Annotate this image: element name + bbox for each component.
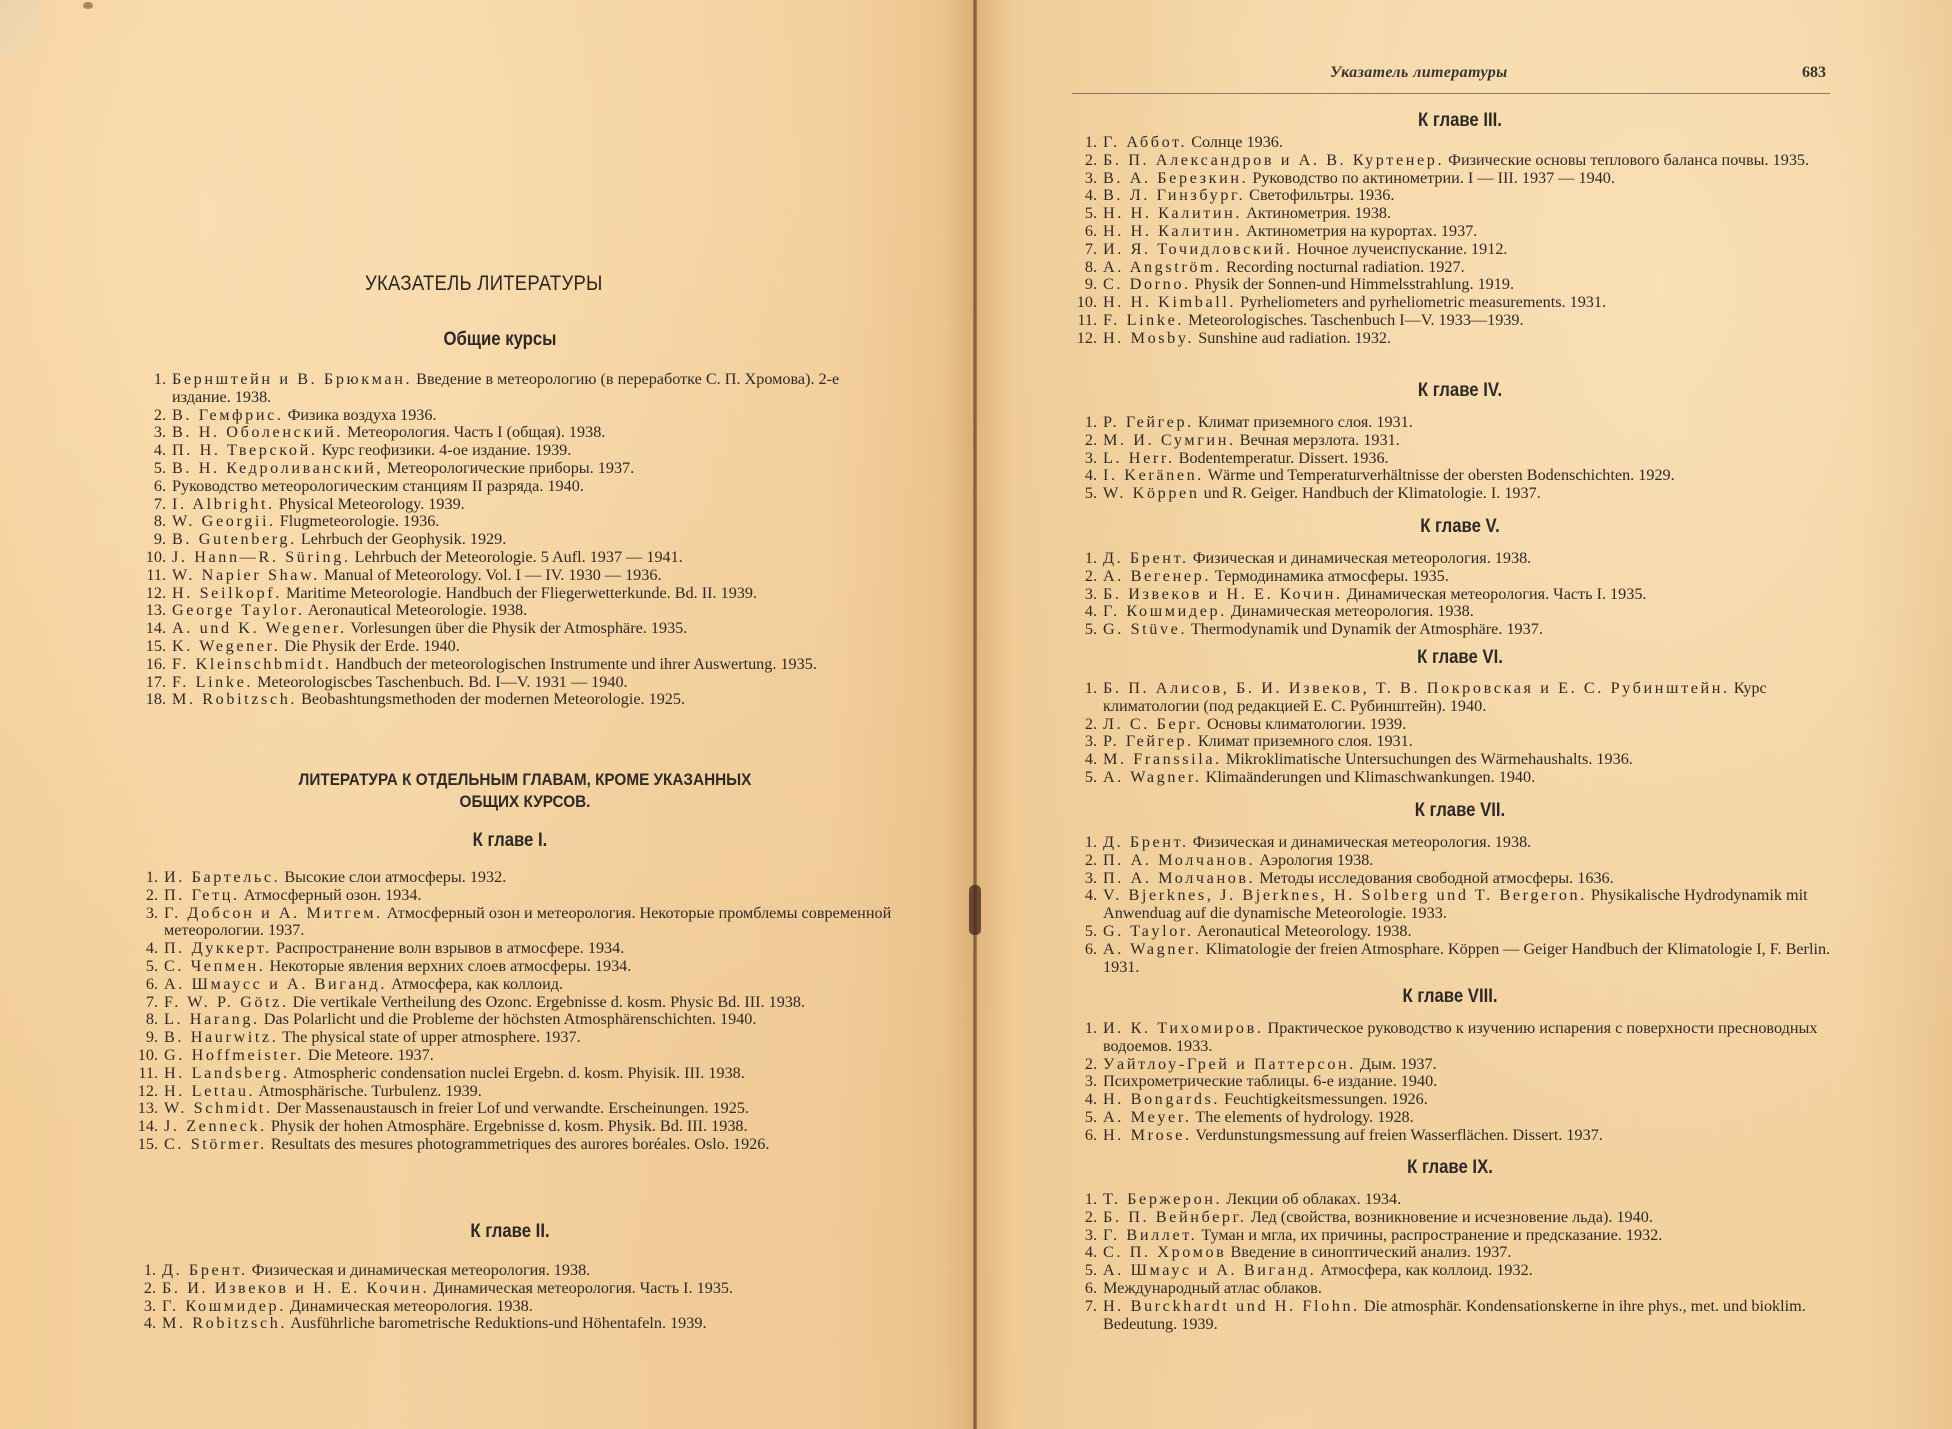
reference-item: 6.Н. Н. Калитин. Актинометрия на курорта… (1073, 223, 1833, 241)
reference-author: I. Albright. (172, 495, 275, 513)
reference-title: Ночное лучеиспускание. 1912. (1293, 240, 1508, 258)
reference-number: 16. (128, 656, 166, 674)
chapter9-references: 1.Т. Бержерон. Лекции об облаках. 1934.2… (1073, 1191, 1833, 1333)
header-rule (1072, 93, 1830, 94)
reference-item: 2.Л. С. Берг. Основы климатологии. 1939. (1073, 716, 1833, 734)
reference-title: Atmospheric condensation nuclei Ergebn. … (290, 1064, 745, 1082)
reference-number: 9. (120, 1029, 158, 1047)
reference-author: A. Meyer. (1103, 1108, 1192, 1126)
chapter6-references: 1.Б. П. Алисов, Б. И. Извеков, Т. В. Пок… (1073, 680, 1833, 787)
reference-list: 1.И. К. Тихомиров. Практическое руководс… (1073, 1020, 1833, 1145)
reference-title: The elements of hydrology. 1928. (1192, 1108, 1414, 1126)
reference-title: Manual of Meteorology. Vol. I — IV. 1930… (320, 566, 662, 584)
reference-item: 10.G. Hoffmeister. Die Meteore. 1937. (120, 1047, 892, 1065)
reference-item: 6.Руководство метеорологическим станциям… (128, 478, 893, 496)
reference-number: 12. (120, 1083, 158, 1101)
page-number: 683 (1802, 64, 1826, 82)
reference-item: 4.M. Franssila. Mikroklimatische Untersu… (1073, 751, 1833, 769)
reference-item: 1.Т. Бержерон. Лекции об облаках. 1934. (1073, 1191, 1833, 1209)
reference-item: 13.W. Schmidt. Der Massenaustausch in fr… (120, 1100, 892, 1118)
reference-title: Метеорология. Часть I (общая). 1938. (343, 423, 605, 441)
reference-number: 5. (1073, 205, 1097, 223)
reference-title: Das Polarlicht und die Probleme der höch… (260, 1010, 757, 1028)
reference-author: Б. П. Вейнберг. (1103, 1208, 1247, 1226)
reference-author: В. Л. Гинзбург. (1103, 186, 1245, 204)
reference-title: Психрометрические таблицы. 6-е издание. … (1103, 1072, 1437, 1090)
reference-author: И. К. Тихомиров. (1103, 1019, 1263, 1037)
reference-number: 7. (1073, 241, 1097, 259)
reference-author: М. И. Сумгин. (1103, 431, 1236, 449)
reference-number: 1. (1073, 414, 1097, 432)
reference-title: Die vertikale Vertheilung des Ozonc. Erg… (289, 993, 805, 1011)
reference-number: 7. (120, 994, 158, 1012)
reference-item: 1.И. К. Тихомиров. Практическое руководс… (1073, 1020, 1833, 1056)
reference-title: Flugmeteorologie. 1936. (276, 512, 440, 530)
reference-item: 4.I. Keränen. Wärme und Temperaturverhäl… (1073, 467, 1853, 485)
reference-title: Руководство по актинометрии. I — III. 19… (1248, 169, 1615, 187)
reference-author: V. Bjerknes, J. Bjerknes, H. Solberg und… (1103, 886, 1587, 904)
reference-title: Физическая и динамическая метеорология. … (248, 1261, 591, 1279)
reference-title: Recording nocturnal radiation. 1927. (1222, 258, 1465, 276)
reference-title: Maritime Meteorologie. Handbuch der Flie… (282, 584, 757, 602)
reference-title: Meteorologiscbes Taschenbuch. Bd. I—V. 1… (253, 673, 628, 691)
reference-item: 3.Р. Гейгер. Климат приземного слоя. 193… (1073, 733, 1833, 751)
reference-author: B. Gutenberg. (172, 530, 297, 548)
reference-author: А. Шмаусс и А. Виганд. (164, 975, 387, 993)
reference-author: Н. Н. Калитин. (1103, 222, 1242, 240)
reference-number: 1. (120, 869, 158, 887)
reference-title: Der Massenaustausch in freier Lof und ve… (273, 1099, 749, 1117)
reference-item: 6.H. Mrose. Verdunstungsmessung auf frei… (1073, 1127, 1833, 1145)
reference-author: A. Angström. (1103, 258, 1222, 276)
chapters-section-title: ЛИТЕРАТУРА К ОТДЕЛЬНЫМ ГЛАВАМ, КРОМЕ УКА… (255, 769, 795, 813)
reference-item: 5.А. Шмаус и А. Виганд. Атмосфера, как к… (1073, 1262, 1833, 1280)
reference-author: A. Wagner. (1103, 940, 1202, 958)
reference-author: Н. Н. Калитин. (1103, 204, 1242, 222)
page-title: УКАЗАТЕЛЬ ЛИТЕРАТУРЫ (365, 272, 603, 296)
reference-title: Thermodynamik und Dynamik der Atmosphäre… (1187, 620, 1543, 638)
reference-item: 13.George Taylor. Aeronautical Meteorolo… (128, 602, 893, 620)
reference-title: Физическая и динамическая метеорология. … (1189, 833, 1532, 851)
reference-number: 1. (1073, 1020, 1097, 1038)
reference-title: Распространение волн взрывов в атмосфере… (272, 939, 624, 957)
reference-item: 5.A. Meyer. The elements of hydrology. 1… (1073, 1109, 1833, 1127)
chapters-title-line1: ЛИТЕРАТУРА К ОТДЕЛЬНЫМ ГЛАВАМ, КРОМЕ УКА… (255, 769, 795, 791)
reference-item: 2.Б. П. Александров и А. В. Куртенер. Фи… (1073, 152, 1833, 170)
reference-title: Aeronautical Meteorologie. 1938. (305, 601, 528, 619)
reference-number: 14. (128, 620, 166, 638)
reference-title: Pyrheliometers and pyrheliometric measur… (1236, 293, 1606, 311)
reference-title: Атмосферный озон. 1934. (240, 886, 422, 904)
section-heading-ch5: К главе V. (1346, 516, 1575, 538)
section-heading-ch1: К главе I. (396, 830, 625, 852)
reference-author: A. Wagner. (1103, 768, 1202, 786)
reference-author: M. Robitzsch. (162, 1314, 287, 1332)
reference-list: 1.И. Бартельс. Высокие слои атмосферы. 1… (120, 869, 892, 1154)
chapter2-references: 1.Д. Брент. Физическая и динамическая ме… (118, 1262, 908, 1333)
reference-title: Курс геофизики. 4-ое издание. 1939. (318, 441, 572, 459)
reference-item: 7.I. Albright. Physical Meteorology. 193… (128, 496, 893, 514)
reference-item: 17.F. Linke. Meteorologiscbes Taschenbuc… (128, 674, 893, 692)
reference-title: Handbuch der meteorologischen Instrument… (331, 655, 817, 673)
reference-author: I. Keränen. (1103, 466, 1204, 484)
reference-item: 4.V. Bjerknes, J. Bjerknes, H. Solberg u… (1073, 887, 1833, 923)
reference-number: 2. (128, 407, 166, 425)
reference-item: 2.В. Гемфрис. Физика воздуха 1936. (128, 407, 893, 425)
reference-number: 3. (1073, 586, 1097, 604)
reference-list: 1.Бернштейн и В. Брюкман. Введение в мет… (128, 371, 893, 709)
reference-title: Введение в синоптический анализ. 1937. (1226, 1243, 1511, 1261)
section-heading-ch7: К главе VII. (1346, 800, 1575, 822)
reference-number: 5. (128, 460, 166, 478)
reference-title: Динамическая метеорология. 1938. (1227, 602, 1474, 620)
reference-item: 9.B. Gutenberg. Lehrbuch der Geophysik. … (128, 531, 893, 549)
reference-title: Динамическая метеорология. Часть I. 1935… (429, 1279, 733, 1297)
reference-title: Klimatologie der freien Atmosphare. Köpp… (1103, 940, 1830, 976)
section-heading-ch6: К главе VI. (1346, 647, 1575, 669)
reference-item: 1.И. Бартельс. Высокие слои атмосферы. 1… (120, 869, 892, 887)
reference-title: Физическая и динамическая метеорология. … (1189, 549, 1532, 567)
reference-item: 2.Б. П. Вейнберг. Лед (свойства, возникн… (1073, 1209, 1833, 1227)
reference-item: 4.M. Robitzsch. Ausführliche barometrisc… (118, 1315, 908, 1333)
reference-number: 9. (1073, 276, 1097, 294)
reference-list: 1.Т. Бержерон. Лекции об облаках. 1934.2… (1073, 1191, 1833, 1333)
reference-title: Вечная мерзлота. 1931. (1236, 431, 1400, 449)
reference-item: 9.C. Dorno. Physik der Sonnen-und Himmel… (1073, 276, 1833, 294)
reference-item: 15.C. Störmer. Resultats des mesures pho… (120, 1136, 892, 1154)
reference-number: 2. (118, 1280, 156, 1298)
reference-number: 10. (128, 549, 166, 567)
reference-item: 1.Д. Брент. Физическая и динамическая ме… (118, 1262, 908, 1280)
reference-item: 5.Н. Н. Калитин. Актинометрия. 1938. (1073, 205, 1833, 223)
reference-number: 4. (120, 940, 158, 958)
reference-author: L. Harang. (164, 1010, 260, 1028)
reference-author: G. Stüve. (1103, 620, 1187, 638)
reference-number: 9. (128, 531, 166, 549)
reference-number: 3. (1073, 450, 1097, 468)
reference-author: В. А. Березкин. (1103, 169, 1248, 187)
chapter1-references: 1.И. Бартельс. Высокие слои атмосферы. 1… (120, 869, 892, 1154)
reference-author: H. Burckhardt und H. Flohn. (1103, 1297, 1360, 1315)
reference-title: The physical state of upper atmosphere. … (278, 1028, 580, 1046)
reference-title: Wärme und Temperaturverhältnisse der obe… (1204, 466, 1675, 484)
reference-item: 1.Р. Гейгер. Климат приземного слоя. 193… (1073, 414, 1853, 432)
reference-number: 4. (1073, 467, 1097, 485)
reference-number: 5. (120, 958, 158, 976)
reference-item: 11.W. Napier Shaw. Manual of Meteorology… (128, 567, 893, 585)
reference-author: Г. Кошмидер. (162, 1297, 286, 1315)
chapter3-references: 1.Г. Аббот. Солнце 1936.2.Б. П. Александ… (1073, 134, 1833, 348)
reference-item: 3.Г. Кошмидер. Динамическая метеорология… (118, 1298, 908, 1316)
reference-author: G. Taylor. (1103, 922, 1194, 940)
reference-title: Aeronautical Meteorology. 1938. (1194, 922, 1412, 940)
chapter5-references: 1.Д. Брент. Физическая и динамическая ме… (1073, 550, 1853, 639)
reference-number: 2. (1073, 1209, 1097, 1227)
reference-title: Климат приземного слоя. 1931. (1194, 732, 1413, 750)
reference-number: 6. (1073, 223, 1097, 241)
reference-number: 6. (120, 976, 158, 994)
reference-number: 1. (1073, 680, 1097, 698)
reference-item: 2.Уайтлоу-Грей и Паттерсон. Дым. 1937. (1073, 1056, 1833, 1074)
reference-title: Die Meteore. 1937. (304, 1046, 434, 1064)
binding-tear (969, 885, 981, 935)
reference-item: 12.H. Lettau. Atmosphärische. Turbulenz.… (120, 1083, 892, 1101)
reference-title: Высокие слои атмосферы. 1932. (280, 868, 506, 886)
reference-author: П. А. Молчанов. (1103, 851, 1255, 869)
reference-author: А. Шмаус и А. Виганд. (1103, 1261, 1316, 1279)
reference-title: Актинометрия. 1938. (1242, 204, 1391, 222)
chapters-title-line2: ОБЩИХ КУРСОВ. (255, 791, 795, 813)
reference-title: Resultats des mesures photogrammetriques… (267, 1135, 770, 1153)
reference-number: 4. (1073, 603, 1097, 621)
reference-number: 3. (1073, 870, 1097, 888)
section-heading-general: Общие курсы (359, 329, 641, 351)
reference-author: H. Landsberg. (164, 1064, 290, 1082)
reference-author: А. Вегенер. (1103, 567, 1211, 585)
reference-title: und R. Geiger. Handbuch der Klimatologie… (1200, 484, 1541, 502)
reference-author: С. Чепмен. (164, 957, 265, 975)
reference-number: 7. (1073, 1298, 1097, 1316)
reference-number: 6. (1073, 1127, 1097, 1145)
reference-title: Руководство метеорологическим станциям I… (172, 477, 584, 495)
reference-number: 11. (128, 567, 166, 585)
reference-number: 11. (1073, 312, 1097, 330)
reference-item: 6.А. Шмаусс и А. Виганд. Атмосфера, как … (120, 976, 892, 994)
reference-title: Дым. 1937. (1356, 1055, 1437, 1073)
reference-item: 1.Б. П. Алисов, Б. И. Извеков, Т. В. Пок… (1073, 680, 1833, 716)
reference-author: H. Mosby. (1103, 329, 1194, 347)
reference-author: С. П. Хромов (1103, 1243, 1226, 1261)
reference-number: 15. (120, 1136, 158, 1154)
reference-author: J. Hann—R. Süring. (172, 548, 351, 566)
reference-author: В. Гемфрис. (172, 406, 284, 424)
reference-item: 1.Г. Аббот. Солнце 1936. (1073, 134, 1833, 152)
reference-author: W. Köppen (1103, 484, 1200, 502)
reference-item: 2.Б. И. Извеков и Н. Е. Кочин. Динамичес… (118, 1280, 908, 1298)
section-heading-ch4: К главе IV. (1346, 380, 1575, 402)
reference-number: 2. (1073, 852, 1097, 870)
section-heading-ch9: К главе IX. (1336, 1157, 1565, 1179)
reference-author: П. Дуккерт. (164, 939, 272, 957)
reference-item: 8.L. Harang. Das Polarlicht und die Prob… (120, 1011, 892, 1029)
reference-item: 4.С. П. Хромов Введение в синоптический … (1073, 1244, 1833, 1262)
reference-item: 4.Г. Кошмидер. Динамическая метеорология… (1073, 603, 1853, 621)
reference-title: Meteorologisches. Taschenbuch I—V. 1933—… (1184, 311, 1524, 329)
reference-item: 1.Д. Брент. Физическая и динамическая ме… (1073, 550, 1853, 568)
reference-author: K. Wegener. (172, 637, 280, 655)
reference-author: В. Н. Кедроливанский, (172, 459, 383, 477)
reference-number: 8. (128, 513, 166, 531)
reference-number: 13. (120, 1100, 158, 1118)
reference-item: 12.H. Mosby. Sunshine aud radiation. 193… (1073, 330, 1833, 348)
reference-item: 4.В. Л. Гинзбург. Светофильтры. 1936. (1073, 187, 1833, 205)
reference-title: Feuchtigkeitsmessungen. 1926. (1220, 1090, 1428, 1108)
reference-author: C. Dorno. (1103, 275, 1191, 293)
reference-item: 8.A. Angström. Recording nocturnal radia… (1073, 259, 1833, 277)
reference-list: 1.Г. Аббот. Солнце 1936.2.Б. П. Александ… (1073, 134, 1833, 348)
running-header: Указатель литературы 683 (1090, 64, 1850, 94)
reference-number: 5. (1073, 1109, 1097, 1127)
reference-author: Д. Брент. (1103, 833, 1189, 851)
reference-author: H. Mrose. (1103, 1126, 1192, 1144)
reference-item: 6.Международный атлас облаков. (1073, 1280, 1833, 1298)
reference-title: Lehrbuch der Meteorologie. 5 Aufl. 1937 … (351, 548, 683, 566)
reference-number: 5. (1073, 1262, 1097, 1280)
section-heading-ch8: К главе VIII. (1336, 986, 1565, 1008)
reference-title: Physical Meteorology. 1939. (275, 495, 465, 513)
reference-number: 2. (1073, 152, 1097, 170)
reference-number: 1. (118, 1262, 156, 1280)
reference-number: 4. (128, 442, 166, 460)
reference-item: 16.F. Kleinschbmidt. Handbuch der meteor… (128, 656, 893, 674)
reference-item: 3.Б. Извеков и Н. Е. Кочин. Динамическая… (1073, 586, 1853, 604)
reference-author: A. und K. Wegener. (172, 619, 347, 637)
reference-number: 4. (1073, 751, 1097, 769)
reference-number: 3. (1073, 1227, 1097, 1245)
reference-number: 6. (1073, 1280, 1097, 1298)
reference-title: Physik der Sonnen-und Himmelsstrahlung. … (1191, 275, 1514, 293)
reference-author: Г. Кошмидер. (1103, 602, 1227, 620)
reference-author: L. Herr. (1103, 449, 1175, 467)
reference-author: H. Seilkopf. (172, 584, 282, 602)
left-page (0, 0, 975, 1429)
reference-author: W. Georgii. (172, 512, 276, 530)
reference-author: Т. Бержерон. (1103, 1190, 1222, 1208)
reference-item: 3.В. А. Березкин. Руководство по актином… (1073, 170, 1833, 188)
reference-item: 1.Бернштейн и В. Брюкман. Введение в мет… (128, 371, 893, 407)
reference-item: 4.П. Н. Тверской. Курс геофизики. 4-ое и… (128, 442, 893, 460)
reference-author: B. Haurwitz. (164, 1028, 278, 1046)
reference-item: 1.Д. Брент. Физическая и динамическая ме… (1073, 834, 1833, 852)
reference-item: 4.П. Дуккерт. Распространение волн взрыв… (120, 940, 892, 958)
reference-title: Sunshine aud radiation. 1932. (1194, 329, 1391, 347)
reference-title: Verdunstungsmessung auf freien Wasserflä… (1192, 1126, 1603, 1144)
reference-author: J. Zenneck. (164, 1117, 267, 1135)
reference-title: Термодинамика атмосферы. 1935. (1211, 567, 1449, 585)
reference-author: П. Н. Тверской. (172, 441, 318, 459)
chapter4-references: 1.Р. Гейгер. Климат приземного слоя. 193… (1073, 414, 1853, 503)
reference-title: Основы климатологии. 1939. (1203, 715, 1406, 733)
chapter7-references: 1.Д. Брент. Физическая и динамическая ме… (1073, 834, 1833, 976)
reference-item: 15.K. Wegener. Die Physik der Erde. 1940… (128, 638, 893, 656)
reference-number: 18. (128, 691, 166, 709)
reference-item: 4.H. Bongards. Feuchtigkeitsmessungen. 1… (1073, 1091, 1833, 1109)
reference-title: Mikroklimatische Untersuchungen des Wärm… (1222, 750, 1633, 768)
reference-author: Уайтлоу-Грей и Паттерсон. (1103, 1055, 1356, 1073)
reference-title: Лекции об облаках. 1934. (1222, 1190, 1401, 1208)
reference-list: 1.Д. Брент. Физическая и динамическая ме… (1073, 550, 1853, 639)
reference-number: 2. (1073, 568, 1097, 586)
reference-title: Туман и мгла, их причины, распространени… (1197, 1226, 1662, 1244)
reference-item: 7.H. Burckhardt und H. Flohn. Die atmosp… (1073, 1298, 1833, 1334)
reference-author: Л. С. Берг. (1103, 715, 1203, 733)
reference-item: 3.Г. Добсон и А. Митгем. Атмосферный озо… (120, 905, 892, 941)
reference-item: 2.М. И. Сумгин. Вечная мерзлота. 1931. (1073, 432, 1853, 450)
reference-title: Physik der hohen Atmosphäre. Ergebnisse … (267, 1117, 748, 1135)
reference-number: 5. (1073, 923, 1097, 941)
reference-author: Б. Извеков и Н. Е. Кочин. (1103, 585, 1343, 603)
reference-author: F. Linke. (172, 673, 253, 691)
chapter8-references: 1.И. К. Тихомиров. Практическое руководс… (1073, 1020, 1833, 1145)
reference-item: 2.П. Гетц. Атмосферный озон. 1934. (120, 887, 892, 905)
reference-title: Klimaänderungen und Klimaschwankungen. 1… (1202, 768, 1536, 786)
reference-author: G. Hoffmeister. (164, 1046, 304, 1064)
reference-title: Атмосфера, как коллоид. 1932. (1316, 1261, 1532, 1279)
reference-item: 12.H. Seilkopf. Maritime Meteorologie. H… (128, 585, 893, 603)
reference-title: Bodentemperatur. Dissert. 1936. (1175, 449, 1389, 467)
reference-number: 10. (120, 1047, 158, 1065)
reference-title: Метеорологические приборы. 1937. (383, 459, 634, 477)
reference-author: Г. Виллет. (1103, 1226, 1197, 1244)
section-heading-ch3: К главе III. (1346, 110, 1575, 132)
reference-number: 4. (118, 1315, 156, 1333)
reference-author: W. Napier Shaw. (172, 566, 320, 584)
reference-item: 14.J. Zenneck. Physik der hohen Atmosphä… (120, 1118, 892, 1136)
reference-title: Ausführliche barometrische Reduktions-un… (287, 1314, 706, 1332)
reference-number: 2. (1073, 1056, 1097, 1074)
reference-title: Atmosphärische. Turbulenz. 1939. (255, 1082, 482, 1100)
reference-title: Актинометрия на курортах. 1937. (1242, 222, 1477, 240)
reference-number: 2. (1073, 716, 1097, 734)
reference-number: 5. (1073, 621, 1097, 639)
reference-author: И. Я. Точидловский. (1103, 240, 1293, 258)
reference-title: Некоторые явления верхних слоев атмосфер… (265, 957, 631, 975)
reference-item: 10.H. H. Kimball. Pyrheliometers and pyr… (1073, 294, 1833, 312)
reference-number: 1. (1073, 834, 1097, 852)
general-references: 1.Бернштейн и В. Брюкман. Введение в мет… (128, 371, 893, 709)
reference-number: 15. (128, 638, 166, 656)
reference-item: 6.A. Wagner. Klimatologie der freien Atm… (1073, 941, 1833, 977)
reference-title: Beobashtungsmethoden der modernen Meteor… (297, 690, 685, 708)
reference-author: C. Störmer. (164, 1135, 267, 1153)
reference-title: Динамическая метеорология. Часть I. 1935… (1343, 585, 1647, 603)
reference-item: 8.W. Georgii. Flugmeteorologie. 1936. (128, 513, 893, 531)
reference-number: 13. (128, 602, 166, 620)
reference-title: Die Physik der Erde. 1940. (280, 637, 459, 655)
reference-item: 7.И. Я. Точидловский. Ночное лучеиспуска… (1073, 241, 1833, 259)
reference-item: 3.Психрометрические таблицы. 6-е издание… (1073, 1073, 1833, 1091)
reference-number: 4. (1073, 887, 1097, 905)
reference-title: Физические основы теплового баланса почв… (1444, 151, 1809, 169)
reference-item: 2.А. Вегенер. Термодинамика атмосферы. 1… (1073, 568, 1853, 586)
reference-number: 3. (120, 905, 158, 923)
reference-number: 1. (128, 371, 166, 389)
reference-item: 7.F. W. P. Götz. Die vertikale Vertheilu… (120, 994, 892, 1012)
reference-item: 5.A. Wagner. Klimaänderungen und Klimasc… (1073, 769, 1833, 787)
reference-author: Бернштейн и В. Брюкман. (172, 370, 412, 388)
reference-number: 7. (128, 496, 166, 514)
section-heading-ch2: К главе II. (396, 1221, 625, 1243)
reference-list: 1.Р. Гейгер. Климат приземного слоя. 193… (1073, 414, 1853, 503)
reference-title: Климат приземного слоя. 1931. (1194, 413, 1413, 431)
reference-number: 1. (1073, 1191, 1097, 1209)
reference-author: Г. Добсон и А. Митгем. (164, 904, 383, 922)
reference-title: Светофильтры. 1936. (1245, 186, 1394, 204)
reference-item: 5.W. Köppen und R. Geiger. Handbuch der … (1073, 485, 1853, 503)
reference-title: Динамическая метеорология. 1938. (286, 1297, 533, 1315)
reference-number: 14. (120, 1118, 158, 1136)
reference-number: 1. (1073, 134, 1097, 152)
reference-number: 12. (1073, 330, 1097, 348)
reference-item: 5.G. Stüve. Thermodynamik und Dynamik de… (1073, 621, 1853, 639)
reference-number: 5. (1073, 769, 1097, 787)
reference-title: Лед (свойства, возникновение и исчезнове… (1247, 1208, 1653, 1226)
reference-author: M. Robitzsch. (172, 690, 297, 708)
reference-list: 1.Б. П. Алисов, Б. И. Извеков, Т. В. Пок… (1073, 680, 1833, 787)
reference-author: И. Бартельс. (164, 868, 280, 886)
reference-number: 10. (1073, 294, 1097, 312)
reference-list: 1.Д. Брент. Физическая и динамическая ме… (1073, 834, 1833, 976)
